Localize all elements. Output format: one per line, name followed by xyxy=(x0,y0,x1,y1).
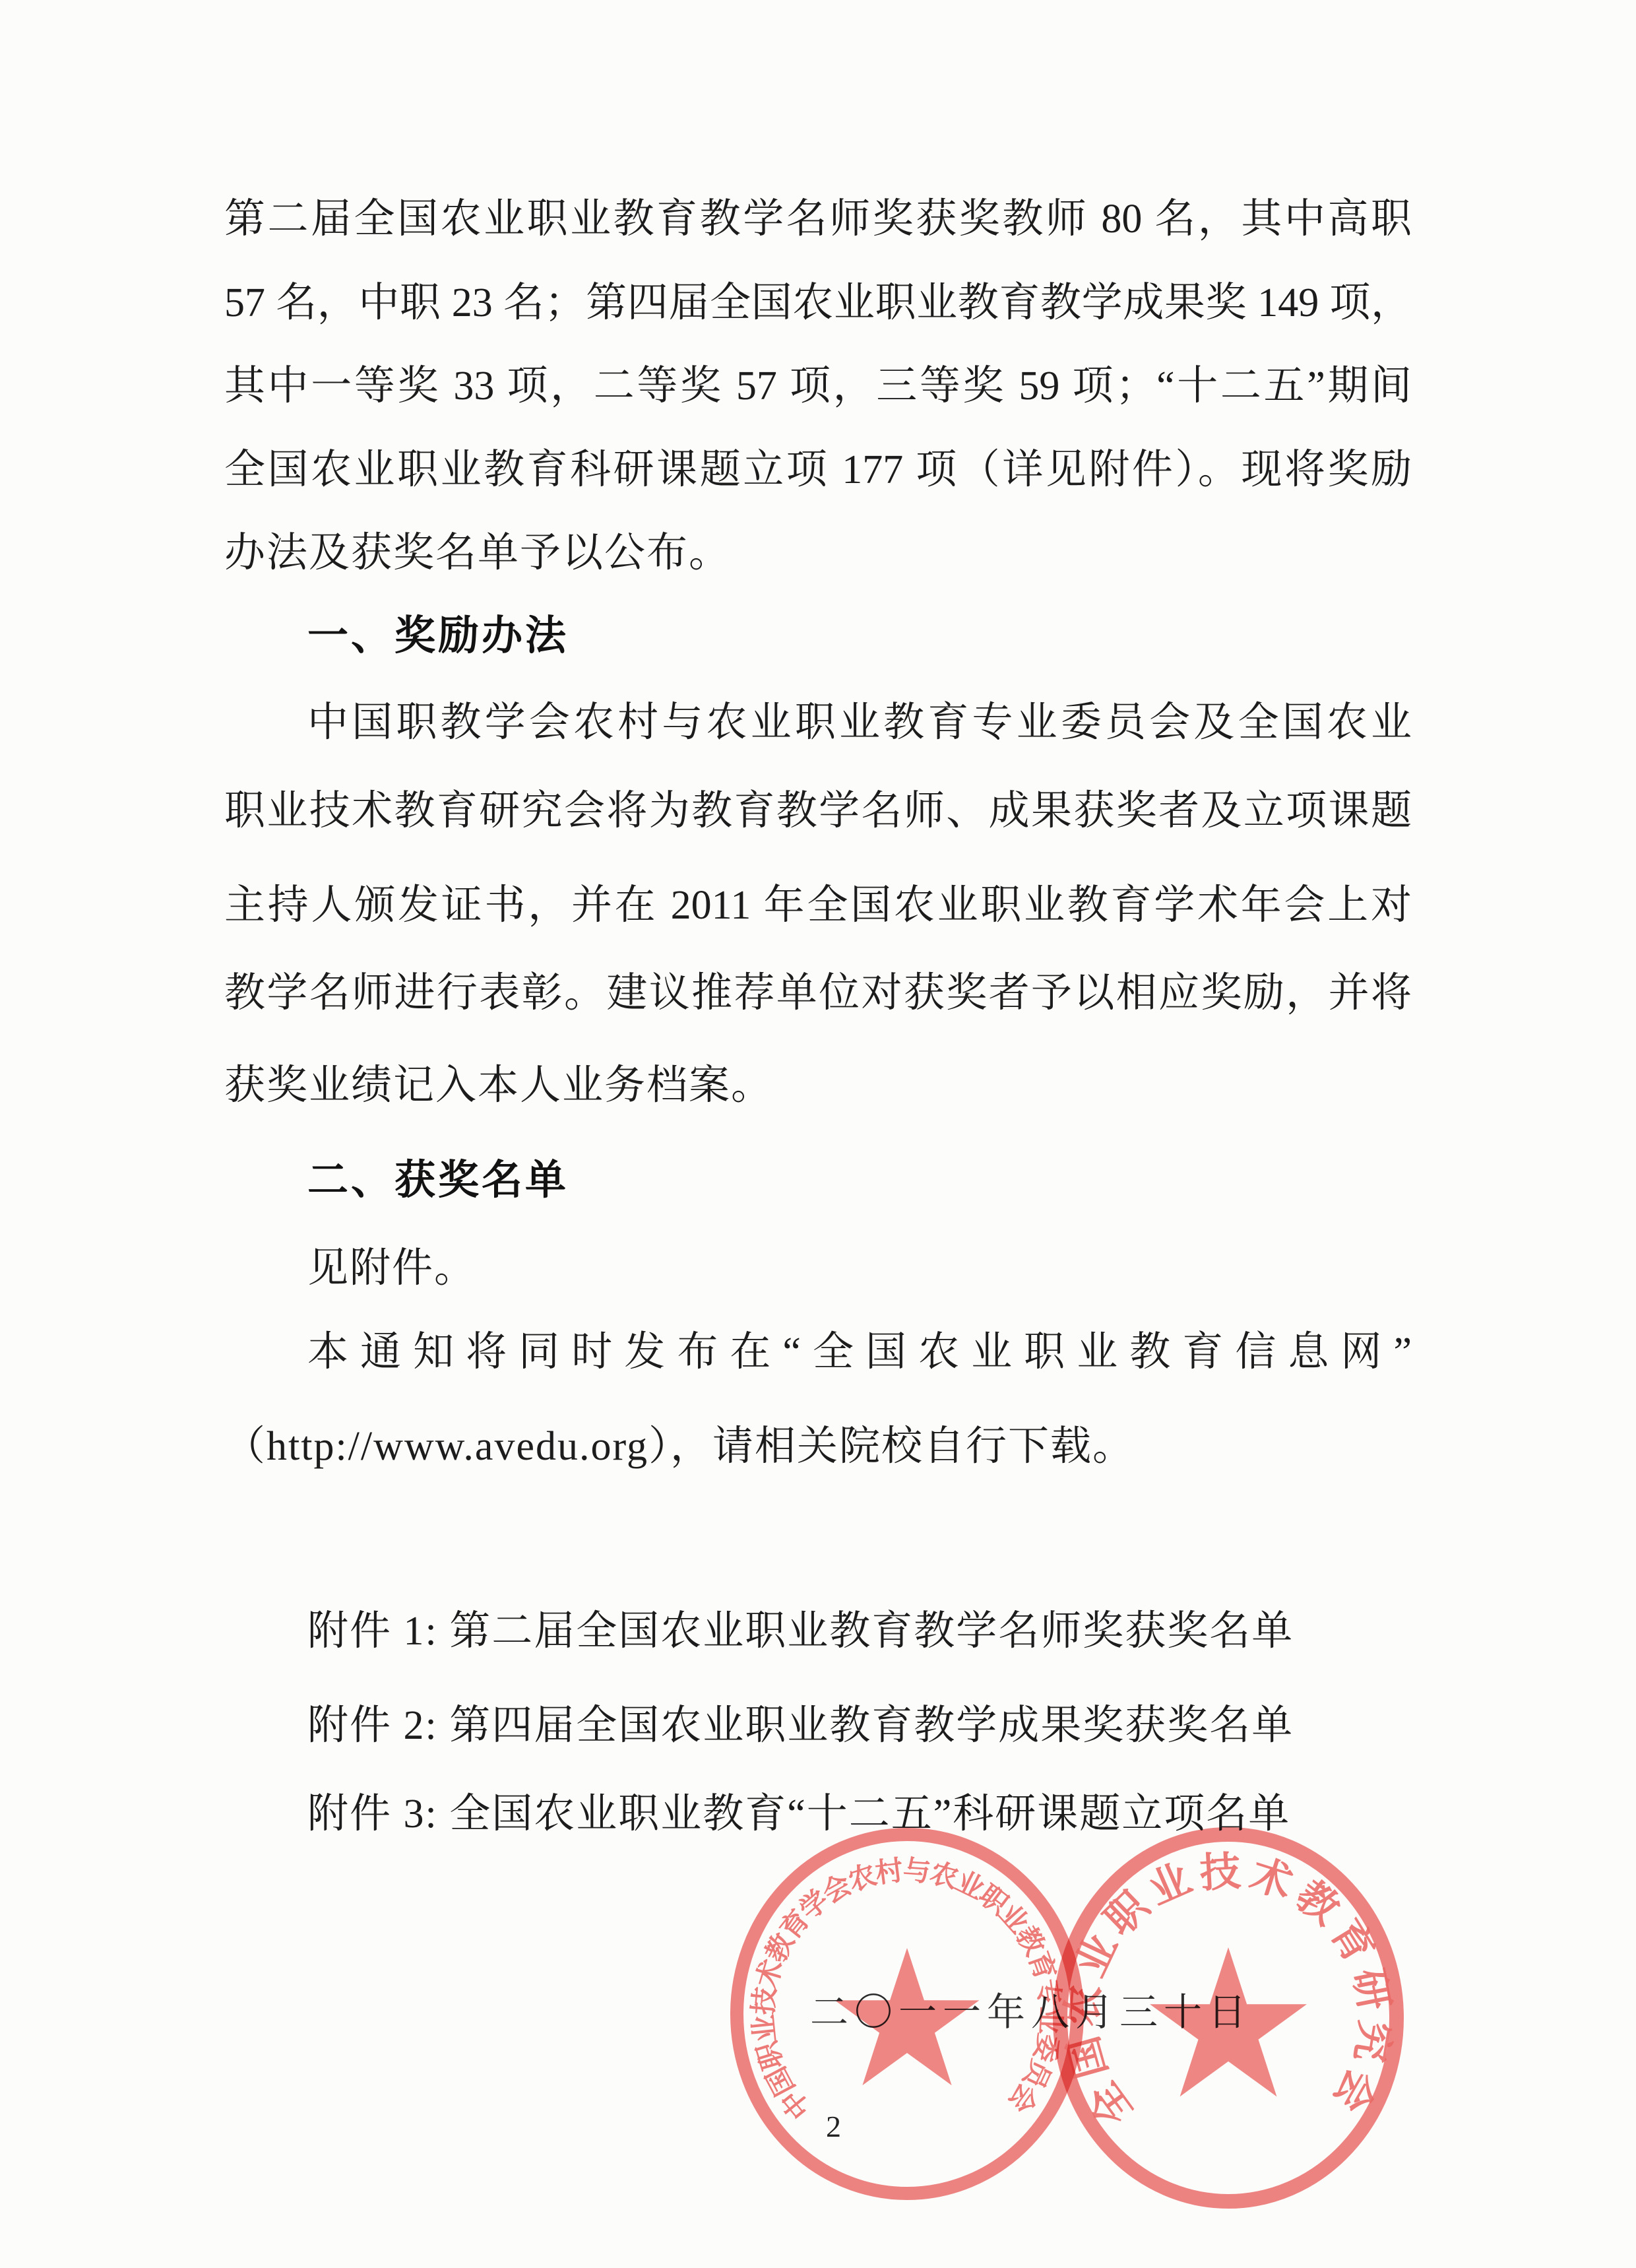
body-line: 其中一等奖 33 项，二等奖 57 项，三等奖 59 项；“十二五”期间 xyxy=(224,362,1412,410)
body-line: 全国农业职业教育科研课题立项 177 项（详见附件）。现将奖励 xyxy=(224,446,1412,494)
body-line: 本通知将同时发布在“全国农业职业教育信息网” xyxy=(224,1328,1412,1377)
body-line: （http://www.avedu.org），请相关院校自行下载。 xyxy=(224,1423,1135,1471)
scanned-notice-page: 第二届全国农业职业教育教学名师奖获奖教师 80 名，其中高职 57 名，中职 2… xyxy=(0,0,1636,2268)
attachment-line-2: 附件 2: 第四届全国农业职业教育教学成果奖获奖名单 xyxy=(224,1702,1294,1750)
section-heading-2: 二、获奖名单 xyxy=(224,1157,569,1205)
official-seal-left: 中国职业技术教育学会农村与农业职业教育专业委员会 xyxy=(722,1823,1092,2205)
attachment-line-1: 附件 1: 第二届全国农业职业教育教学名师奖获奖名单 xyxy=(224,1607,1294,1656)
star-icon xyxy=(835,1948,980,2085)
body-line: 获奖业绩记入本人业务档案。 xyxy=(224,1062,773,1110)
body-line: 中国职教学会农村与农业职业教育专业委员会及全国农业 xyxy=(224,699,1412,747)
body-line: 办法及获奖名单予以公布。 xyxy=(224,529,731,577)
body-line: 主持人颁发证书，并在 2011 年全国农业职业教育学术年会上对 xyxy=(224,882,1412,930)
body-line: 教学名师进行表彰。建议推荐单位对获奖者予以相应奖励，并将 xyxy=(224,969,1412,1018)
body-line: 第二届全国农业职业教育教学名师奖获奖教师 80 名，其中高职 xyxy=(224,195,1412,243)
body-line: 57 名，中职 23 名；第四届全国农业职业教育教学成果奖 149 项， xyxy=(224,279,1412,327)
body-line: 职业技术教育研究会将为教育教学名师、成果获奖者及立项课题 xyxy=(224,787,1412,835)
section-heading-1: 一、奖励办法 xyxy=(224,612,569,661)
star-icon xyxy=(1150,1947,1307,2096)
official-seal-right: 全国农业职业技术教育研究会 xyxy=(1044,1827,1413,2209)
body-line: 见附件。 xyxy=(224,1245,476,1293)
